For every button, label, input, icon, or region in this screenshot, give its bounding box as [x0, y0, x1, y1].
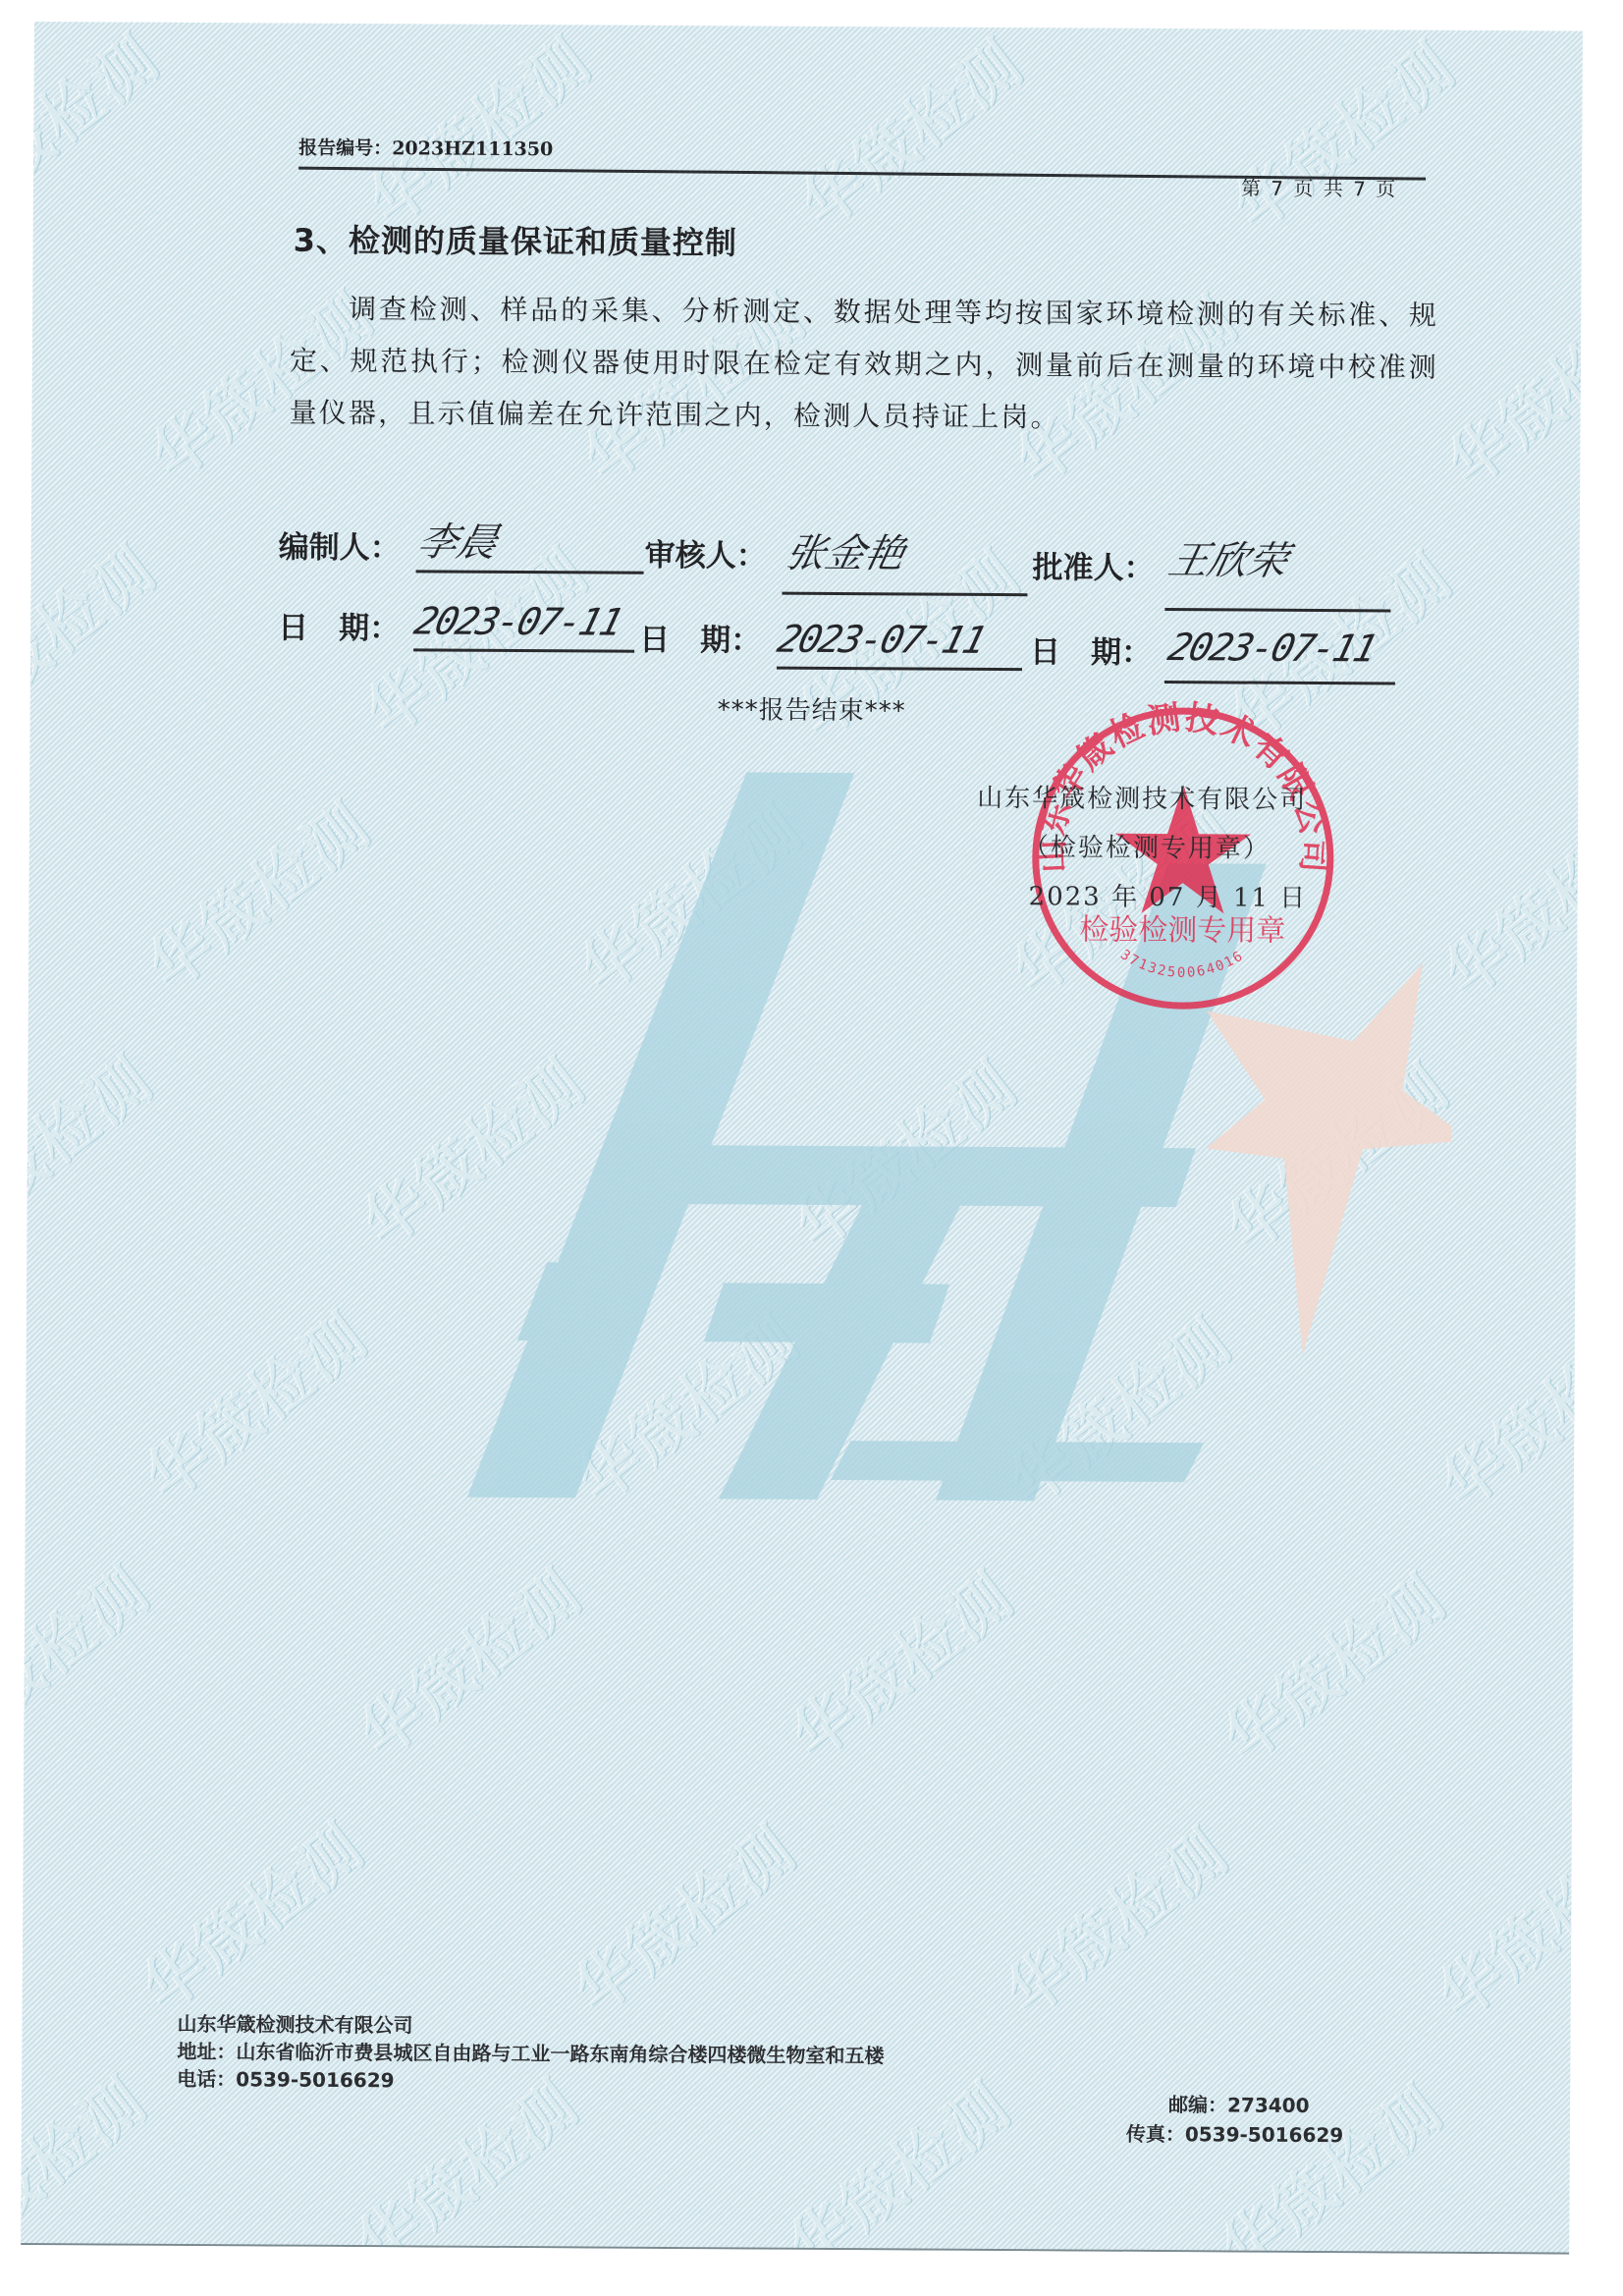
approver-signature: 王欣荣	[1163, 529, 1293, 586]
compiler-signature-line	[416, 570, 644, 574]
issuer-company: 山东华箴检测技术有限公司	[977, 778, 1307, 816]
page-indicator: 第 7 页 共 7 页	[1241, 173, 1397, 202]
compiler-signature: 李晨	[413, 511, 504, 567]
approver-date: 2023-07-11	[1164, 626, 1380, 670]
compiler-date-label: 日 期：	[278, 603, 400, 648]
report-number-label: 报告编号：	[298, 137, 392, 160]
seal-inner-text: 检验检测专用章	[1079, 913, 1285, 949]
approver-signature-line	[1164, 608, 1390, 612]
seal-code: 3713250064016	[1117, 947, 1247, 981]
footer-phone: 电话：0539-5016629	[177, 2065, 884, 2097]
reviewer-date-label: 日 期：	[639, 615, 761, 660]
footer-postcode: 邮编：273400	[1168, 2091, 1310, 2119]
reviewer-date: 2023-07-11	[774, 618, 990, 662]
issuer-seal-name: （检验检测专用章）	[1023, 827, 1271, 865]
watermark-text: 华箴检测	[339, 1545, 597, 1773]
watermark-text: 华箴检测	[1213, 22, 1471, 246]
watermark-text: 华箴检测	[21, 521, 172, 749]
reviewer-signature-line	[782, 592, 1027, 597]
report-page: 华箴检测华箴检测华箴检测华箴检测华箴检测华箴检测华箴检测华箴检测华箴检测华箴检测…	[21, 22, 1583, 2255]
reviewer-date-line	[777, 667, 1022, 672]
report-number-value: 2023HZ111350	[392, 137, 553, 160]
watermark-text: 华箴检测	[1203, 1551, 1461, 1778]
approver-label: 批准人：	[1033, 542, 1155, 587]
svg-text:3713250064016: 3713250064016	[1117, 947, 1247, 981]
watermark-text: 华箴检测	[1418, 1807, 1583, 2035]
watermark-text: 华箴检测	[986, 1804, 1244, 2032]
watermark-text: 华箴检测	[21, 1032, 169, 1260]
watermark-text: 华箴检测	[1427, 275, 1583, 503]
watermark-text: 华箴检测	[21, 22, 175, 238]
report-number: 报告编号：2023HZ111350	[298, 134, 553, 162]
footer-address: 地址：山东省临沂市费县城区自由路与工业一路东南角综合楼四楼微生物室和五楼	[177, 2038, 884, 2069]
footer-contact: 山东华箴检测技术有限公司 地址：山东省临沂市费县城区自由路与工业一路东南角综合楼…	[177, 2010, 884, 2097]
compiler-label: 编制人：	[279, 522, 401, 568]
compiler-date: 2023-07-11	[410, 599, 626, 643]
issuer-date: 2023 年 07 月 11 日	[1028, 876, 1307, 914]
watermark-text: 华箴检测	[554, 1802, 812, 2030]
watermark-text: 华箴检测	[349, 22, 607, 241]
watermark-text: 华箴检测	[122, 1799, 380, 2027]
section-paragraph: 调查检测、样品的采集、分析测定、数据处理等均按国家环境检测的有关标准、规定、规范…	[289, 283, 1438, 446]
section-title: 3、检测的质量保证和质量控制	[294, 216, 738, 264]
reviewer-signature: 张金艳	[781, 522, 910, 579]
report-end-mark: ***报告结束***	[718, 689, 906, 727]
footer-fax: 传真：0539-5016629	[1126, 2120, 1344, 2149]
watermark-text: 华箴检测	[21, 1543, 165, 1771]
watermark-text: 华箴检测	[1200, 2061, 1458, 2255]
approver-date-label: 日 期：	[1030, 627, 1152, 672]
reviewer-label: 审核人：	[645, 530, 767, 575]
watermark-text: 华箴检测	[771, 1548, 1029, 1776]
compiler-date-line	[413, 648, 634, 652]
approver-date-line	[1164, 681, 1395, 684]
watermark-text: 华箴检测	[21, 2053, 162, 2255]
footer-company: 山东华箴检测技术有限公司	[177, 2010, 884, 2042]
watermark-text: 华箴检测	[781, 22, 1039, 244]
